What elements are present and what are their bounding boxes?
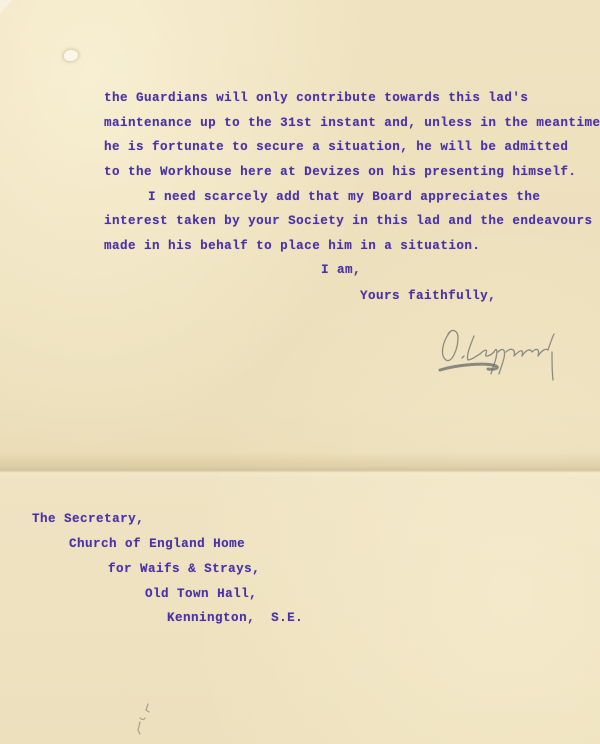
closing-line: Yours faithfully, [360,289,496,303]
address-line: The Secretary, [32,512,144,526]
address-line: Church of England Home [69,537,245,551]
body-line: made in his behalf to place him in a sit… [104,239,480,253]
address-line: Old Town Hall, [145,587,257,601]
torn-corner [0,0,12,14]
body-line: he is fortunate to secure a situation, h… [104,140,568,154]
handwritten-signature [436,322,576,382]
body-line: to the Workhouse here at Devizes on his … [104,165,576,179]
body-line: the Guardians will only contribute towar… [104,91,528,105]
paper-fold-line [0,452,600,478]
address-line: Kennington, S.E. [167,611,303,625]
body-line: maintenance up to the 31st instant and, … [104,116,600,130]
closing-line: I am, [321,263,361,277]
pencil-mark [128,700,158,740]
body-line: I need scarcely add that my Board apprec… [148,190,540,204]
address-line: for Waifs & Strays, [108,562,260,576]
body-line: interest taken by your Society in this l… [104,214,592,228]
